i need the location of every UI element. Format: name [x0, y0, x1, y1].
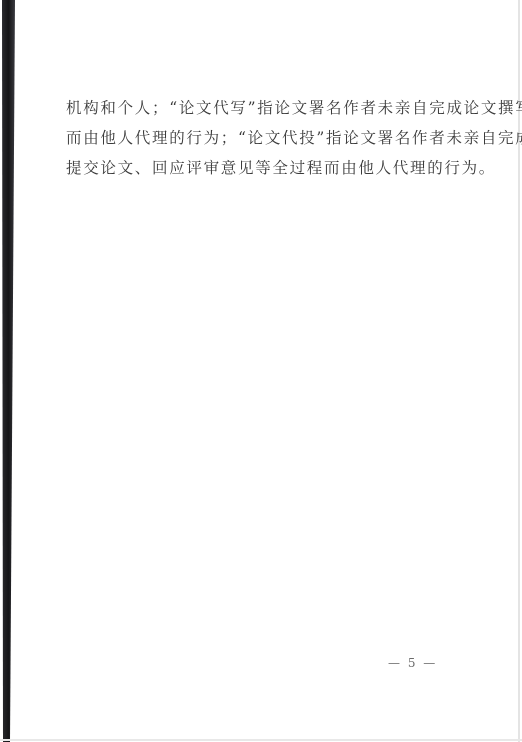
page-number: — 5 — [388, 656, 437, 670]
scanner-edge-bottom [0, 739, 522, 741]
paragraph-line: 而由他人代理的行为；“论文代投”指论文署名作者未亲自完成 [66, 126, 466, 156]
paragraph-line: 提交论文、回应评审意见等全过程而由他人代理的行为。 [66, 156, 466, 186]
document-body: 机构和个人；“论文代写”指论文署名作者未亲自完成论文撰写 而由他人代理的行为；“… [66, 96, 466, 186]
scanner-edge-shape [0, 0, 16, 742]
paragraph-line: 机构和个人；“论文代写”指论文署名作者未亲自完成论文撰写 [66, 96, 466, 126]
scanner-edge-shadow [0, 0, 16, 742]
